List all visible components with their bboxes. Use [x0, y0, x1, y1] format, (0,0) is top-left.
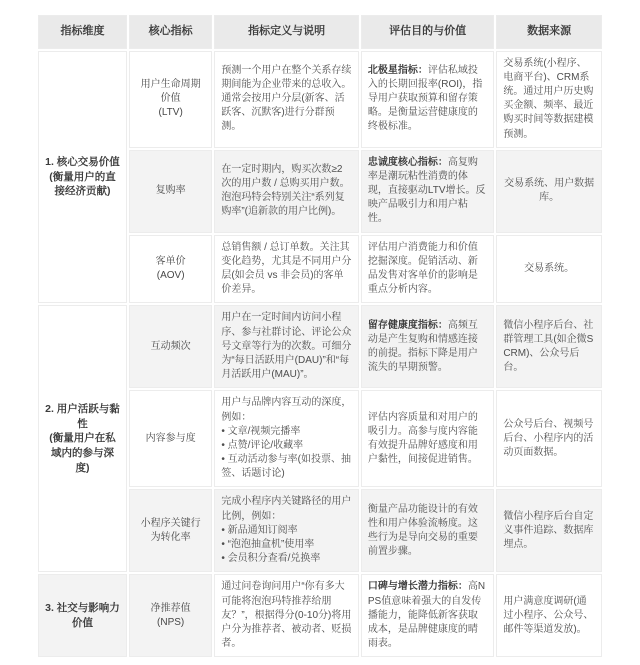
header-dimension: 指标维度: [38, 15, 127, 49]
dimension-note: (衡量用户在私域内的参与深度): [45, 431, 120, 476]
value-cell: 口碑与增长潜力指标：高NPS值意味着强大的自发传播能力，能降低新客获取成本，是品…: [361, 574, 494, 657]
indicator-abbr: (LTV): [136, 106, 205, 120]
value-cell: 评估用户消费能力和价值挖掘深度。促销活动、新品发售对客单价的影响是重点分析内容。: [361, 235, 494, 304]
bullet-item: 互动活动参与率(如投票、抽签、话题讨论): [221, 453, 352, 481]
indicator-cell-aov: 客单价 (AOV): [129, 235, 212, 304]
source-cell: 交易系统。: [496, 235, 602, 304]
source-cell: 交易系统、用户数据库。: [496, 150, 602, 233]
indicator-abbr: (NPS): [136, 616, 205, 630]
indicator-cell-miniprogram-conversion: 小程序关键行为转化率: [129, 489, 212, 572]
indicator-cell-content-engagement: 内容参与度: [129, 390, 212, 487]
definition-intro: 用户与品牌内容互动的深度，例如：: [221, 396, 352, 424]
indicator-cell-ltv: 用户生命周期价值 (LTV): [129, 51, 212, 148]
table-row: 3. 社交与影响力价值 净推荐值 (NPS) 通过问卷询问用户“你有多大可能将泡…: [38, 574, 602, 657]
source-cell: 公众号后台、视频号后台、小程序内的活动页面数据。: [496, 390, 602, 487]
value-lead: 留存健康度指标：: [368, 320, 448, 331]
dimension-cell-core-trade: 1. 核心交易价值 (衡量用户的直接经济贡献): [38, 51, 127, 304]
indicator-name: 客单价: [156, 256, 186, 267]
dimension-note: (衡量用户的直接经济贡献): [45, 170, 120, 200]
value-cell: 评估内容质量和对用户的吸引力。高参与度内容能有效提升品牌好感度和用户黏性，间接促…: [361, 390, 494, 487]
value-lead: 忠诚度核心指标：: [368, 157, 448, 168]
value-cell: 忠诚度核心指标：高复购率是潮玩粘性消费的体现，直接驱动LTV增长。反映产品吸引力…: [361, 150, 494, 233]
header-definition: 指标定义与说明: [214, 15, 359, 49]
indicator-name: 内容参与度: [146, 433, 196, 444]
value-cell: 北极星指标：评估私域投入的长期回报率(ROI)，指导用户获取预算和留存策略。是衡…: [361, 51, 494, 148]
document-page: 指标维度 核心指标 指标定义与说明 评估目的与价值 数据来源 1. 核心交易价值…: [0, 0, 640, 665]
definition-cell: 通过问卷询问用户“你有多大可能将泡泡玛特推荐给朋友？”，根据得分(0-10分)将…: [214, 574, 359, 657]
indicator-name: 净推荐值: [151, 603, 191, 614]
definition-cell: 用户与品牌内容互动的深度，例如： 文章/视频完播率 点赞/评论/收藏率 互动活动…: [214, 390, 359, 487]
bullet-item: “泡泡抽盒机”使用率: [221, 538, 352, 552]
dimension-cell-engagement: 2. 用户活跃与黏性 (衡量用户在私域内的参与深度): [38, 305, 127, 572]
indicator-name: 用户生命周期价值: [141, 79, 201, 104]
indicator-cell-nps: 净推荐值 (NPS): [129, 574, 212, 657]
definition-bullet-list: 新品通知订阅率 “泡泡抽盒机”使用率 会员积分查看/兑换率: [221, 524, 352, 567]
dimension-title: 1. 核心交易价值: [45, 156, 120, 168]
definition-cell: 在一定时期内，购买次数≥2次的用户数 / 总购买用户数。泡泡玛特会特别关注“系列…: [214, 150, 359, 233]
dimension-cell-social-influence: 3. 社交与影响力价值: [38, 574, 127, 657]
bullet-item: 文章/视频完播率: [221, 425, 352, 439]
indicator-abbr: (AOV): [136, 269, 205, 283]
value-cell: 衡量产品功能设计的有效性和用户体验流畅度。这些行为是导向交易的重要前置步骤。: [361, 489, 494, 572]
source-cell: 交易系统(小程序、电商平台)、CRM系统。通过用户历史购买金额、频率、最近购买时…: [496, 51, 602, 148]
header-value: 评估目的与价值: [361, 15, 494, 49]
bullet-item: 新品通知订阅率: [221, 524, 352, 538]
table-row: 1. 核心交易价值 (衡量用户的直接经济贡献) 用户生命周期价值 (LTV) 预…: [38, 51, 602, 148]
header-row: 指标维度 核心指标 指标定义与说明 评估目的与价值 数据来源: [38, 15, 602, 49]
value-text: 评估内容质量和对用户的吸引力。高参与度内容能有效提升品牌好感度和用户黏性，间接促…: [368, 412, 478, 466]
metrics-table: 指标维度 核心指标 指标定义与说明 评估目的与价值 数据来源 1. 核心交易价值…: [36, 13, 604, 659]
dimension-title: 2. 用户活跃与黏性: [45, 403, 120, 430]
value-text: 评估用户消费能力和价值挖掘深度。促销活动、新品发售对客单价的影响是重点分析内容。: [368, 242, 478, 296]
bullet-item: 点赞/评论/收藏率: [221, 439, 352, 453]
table-row: 2. 用户活跃与黏性 (衡量用户在私域内的参与深度) 互动频次 用户在一定时间内…: [38, 305, 602, 388]
value-lead: 口碑与增长潜力指标：: [368, 581, 468, 592]
definition-intro: 完成小程序内关键路径的用户比例，例如：: [221, 495, 352, 523]
value-lead: 北极星指标：: [368, 65, 428, 76]
definition-cell: 完成小程序内关键路径的用户比例，例如： 新品通知订阅率 “泡泡抽盒机”使用率 会…: [214, 489, 359, 572]
header-source: 数据来源: [496, 15, 602, 49]
indicator-cell-interaction-frequency: 互动频次: [129, 305, 212, 388]
bullet-item: 会员积分查看/兑换率: [221, 552, 352, 566]
source-cell: 微信小程序后台自定义事件追踪、数据库埋点。: [496, 489, 602, 572]
header-indicator: 核心指标: [129, 15, 212, 49]
source-cell: 用户满意度调研(通过小程序、公众号、邮件等渠道发放)。: [496, 574, 602, 657]
indicator-name: 互动频次: [151, 341, 191, 352]
value-text: 衡量产品功能设计的有效性和用户体验流畅度。这些行为是导向交易的重要前置步骤。: [368, 504, 478, 558]
definition-bullet-list: 文章/视频完播率 点赞/评论/收藏率 互动活动参与率(如投票、抽签、话题讨论): [221, 425, 352, 482]
definition-cell: 总销售额 / 总订单数。关注其变化趋势，尤其是不同用户分层(如会员 vs 非会员…: [214, 235, 359, 304]
definition-cell: 预测一个用户在整个关系存续期间能为企业带来的总收入。通常会按用户分层(新客、活跃…: [214, 51, 359, 148]
indicator-name: 小程序关键行为转化率: [141, 518, 201, 543]
indicator-name: 复购率: [156, 185, 186, 196]
source-cell: 微信小程序后台、社群管理工具(如企微SCRM)、公众号后台。: [496, 305, 602, 388]
indicator-cell-repurchase: 复购率: [129, 150, 212, 233]
value-cell: 留存健康度指标：高频互动是产生复购和情感连接的前提。指标下降是用户流失的早期预警…: [361, 305, 494, 388]
dimension-title: 3. 社交与影响力价值: [45, 602, 120, 629]
definition-cell: 用户在一定时间内访问小程序、参与社群讨论、评论公众号文章等行为的次数。可细分为“…: [214, 305, 359, 388]
